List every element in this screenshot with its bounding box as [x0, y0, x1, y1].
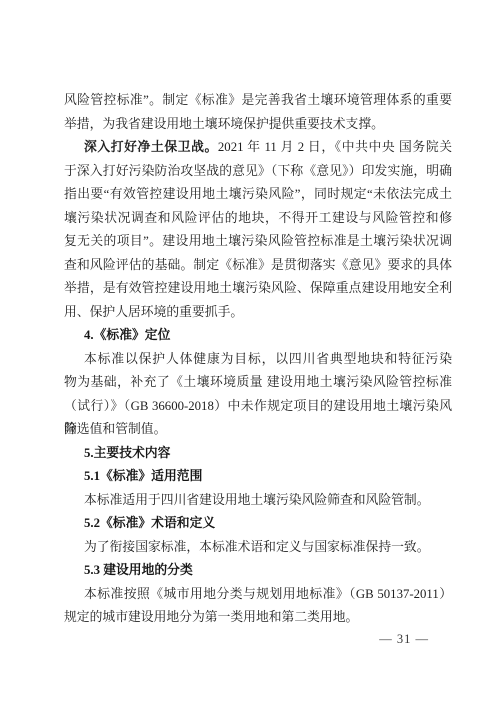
document-content: 风险管控标准”。制定《标准》是完善我省土壤环境管理体系的重要 举措，为我省建设用… [64, 89, 452, 630]
body-line: 为了衔接国家标准，本标准术语和定义与国家标准保持一致。 [64, 536, 452, 560]
section-heading: 4.《标准》定位 [64, 324, 452, 348]
page-number: — 31 — [379, 631, 429, 647]
body-line: （试行）》（GB 36600-2018）中未作规定项目的建设用地土壤污染风险 [64, 395, 452, 419]
body-line: 于深入打好污染防治攻坚战的意见》（下称《意见》）印发实施，明确 [64, 160, 452, 184]
section-heading: 5.1《标准》适用范围 [64, 465, 452, 489]
body-line: 举措，为我省建设用地土壤环境保护提供重要技术支撑。 [64, 113, 452, 137]
text-run: 2021 年 11 月 2 日，《中共中央 国务院关 [218, 140, 452, 154]
body-line: 举措，是有效管控建设用地土壤污染风险、保障重点建设用地安全利 [64, 277, 452, 301]
body-line: 本标准适用于四川省建设用地土壤污染风险筛查和风险管制。 [64, 489, 452, 513]
section-heading: 5.主要技术内容 [64, 442, 452, 466]
body-line: 复无关的项目”。建设用地土壤污染风险管控标准是土壤污染状况调 [64, 230, 452, 254]
document-page: 风险管控标准”。制定《标准》是完善我省土壤环境管理体系的重要 举措，为我省建设用… [0, 0, 500, 707]
body-line: 物为基础，补充了《土壤环境质量 建设用地土壤污染风险管控标准 [64, 371, 452, 395]
body-line: 用、保护人居环境的重要抓手。 [64, 301, 452, 325]
body-line: 筛选值和管制值。 [64, 418, 452, 442]
body-line: 深入打好净土保卫战。2021 年 11 月 2 日，《中共中央 国务院关 [64, 136, 452, 160]
body-line: 规定的城市建设用地分为第一类用地和第二类用地。 [64, 606, 452, 630]
body-line: 指出要“有效管控建设用地土壤污染风险”，同时规定“未依法完成土 [64, 183, 452, 207]
section-heading: 5.2《标准》术语和定义 [64, 512, 452, 536]
body-line: 本标准按照《城市用地分类与规划用地标准》（GB 50137-2011） [64, 583, 452, 607]
body-line: 风险管控标准”。制定《标准》是完善我省土壤环境管理体系的重要 [64, 89, 452, 113]
body-line: 壤污染状况调查和风险评估的地块，不得开工建设与风险管控和修 [64, 207, 452, 231]
body-line: 查和风险评估的基础。制定《标准》是贯彻落实《意见》要求的具体 [64, 254, 452, 278]
body-line: 本标准以保护人体健康为目标，以四川省典型地块和特征污染 [64, 348, 452, 372]
section-heading: 5.3 建设用地的分类 [64, 559, 452, 583]
paragraph-bold-lead: 深入打好净土保卫战。 [84, 140, 218, 154]
